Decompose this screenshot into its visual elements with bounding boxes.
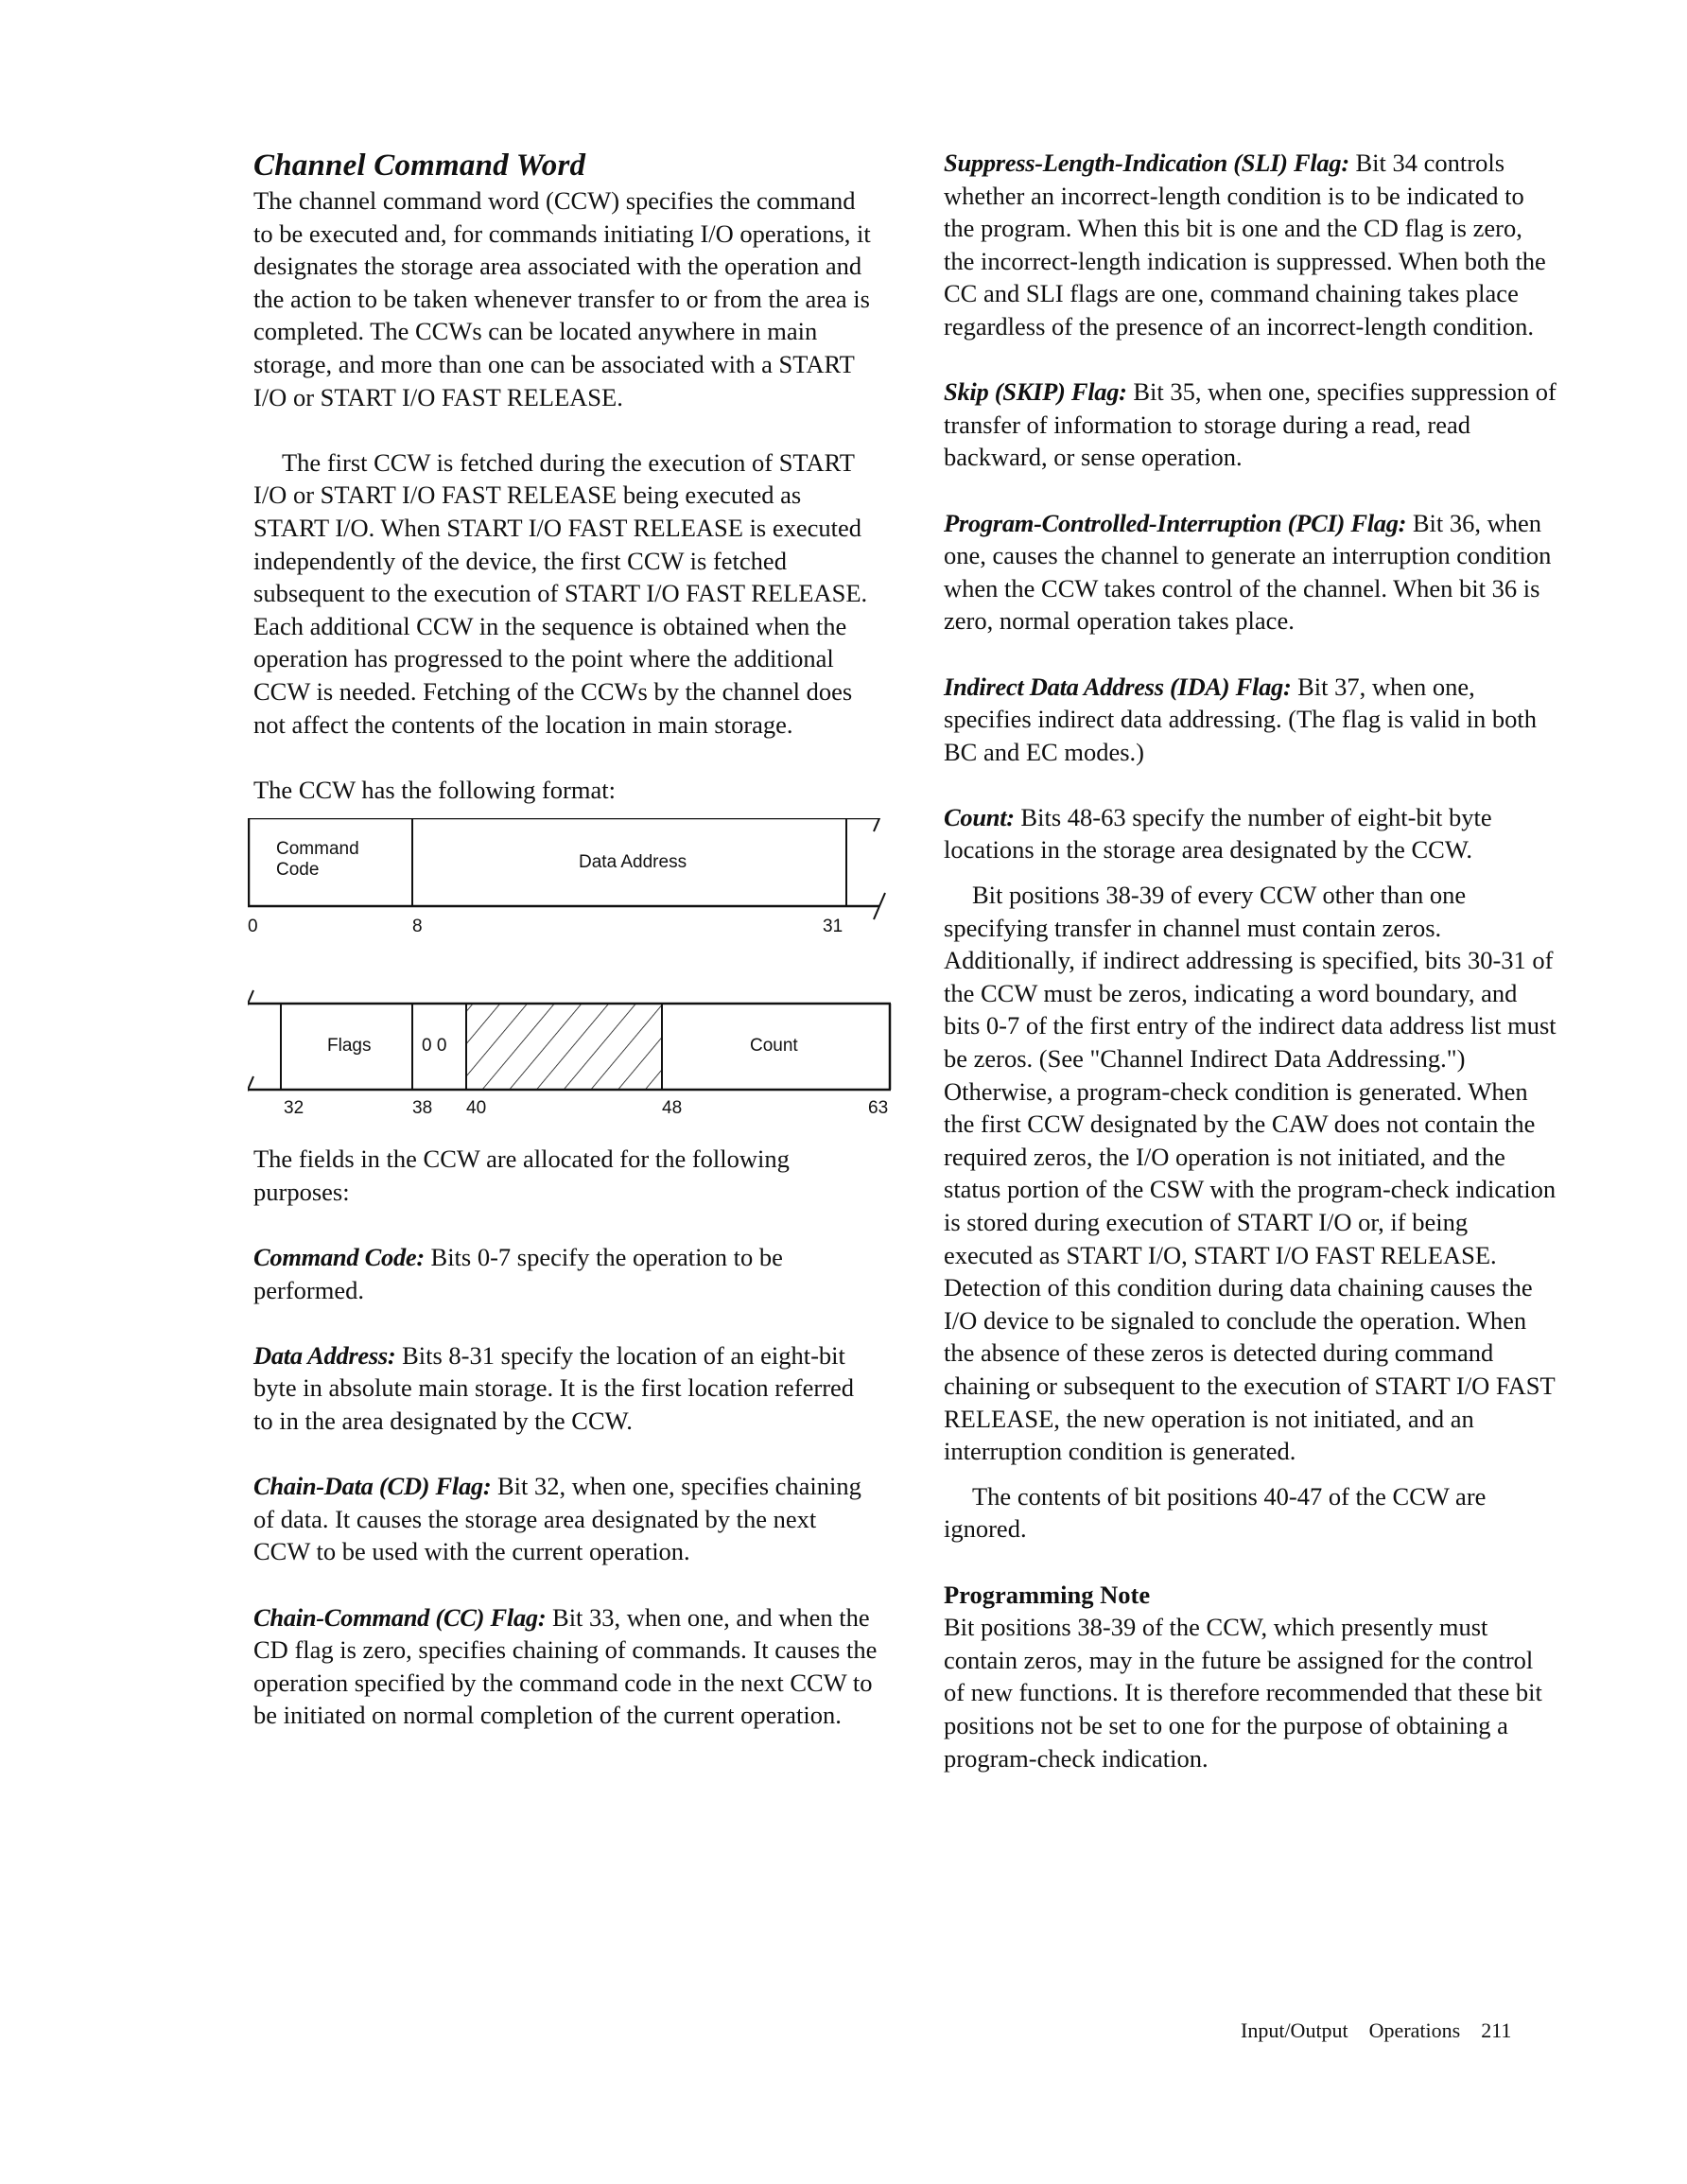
- field-term: Command Code:: [253, 1243, 425, 1271]
- field-term: Suppress-Length-Indication (SLI) Flag:: [944, 149, 1349, 177]
- bit-label-38: 38: [412, 1098, 432, 1119]
- field-pci-flag: Program-Controlled-Interruption (PCI) Fl…: [944, 507, 1558, 638]
- field-cd-flag: Chain-Data (CD) Flag: Bit 32, when one, …: [253, 1470, 878, 1568]
- bit-label-40: 40: [466, 1098, 486, 1119]
- field-term: Indirect Data Address (IDA) Flag:: [944, 673, 1292, 701]
- zero-bits-label: 0 0: [422, 1036, 446, 1057]
- field-data-address: Data Address: Bits 8-31 specify the loca…: [253, 1339, 878, 1438]
- field-term: Program-Controlled-Interruption (PCI) Fl…: [944, 509, 1406, 537]
- right-column: Suppress-Length-Indication (SLI) Flag: B…: [944, 147, 1558, 1774]
- footer-section: Input/Output: [1241, 2018, 1348, 2042]
- programming-note-heading: Programming Note: [944, 1579, 1558, 1612]
- field-term: Data Address:: [253, 1341, 395, 1370]
- bit-label-63: 63: [868, 1098, 888, 1119]
- field-term: Chain-Command (CC) Flag:: [253, 1603, 546, 1632]
- zeros-rule-paragraph: Bit positions 38-39 of every CCW other t…: [944, 879, 1558, 1468]
- flags-label: Flags: [327, 1036, 371, 1057]
- page-footer: Input/OutputOperations211: [1241, 2018, 1511, 2043]
- field-sli-flag: Suppress-Length-Indication (SLI) Flag: B…: [944, 147, 1558, 343]
- bit-label-31: 31: [823, 917, 843, 937]
- bit-label-8: 8: [412, 917, 423, 937]
- field-term: Count:: [944, 803, 1015, 831]
- field-count: Count: Bits 48-63 specify the number of …: [944, 801, 1558, 866]
- command-code-label: Command Code: [276, 839, 359, 881]
- fetch-paragraph: The first CCW is fetched during the exec…: [253, 446, 878, 741]
- bit-label-32: 32: [284, 1098, 304, 1119]
- count-label: Count: [750, 1036, 798, 1057]
- bit-label-0: 0: [248, 917, 258, 937]
- field-command-code: Command Code: Bits 0-7 specify the opera…: [253, 1241, 878, 1306]
- field-term: Chain-Data (CD) Flag:: [253, 1472, 491, 1500]
- footer-chapter: Operations: [1369, 2018, 1461, 2042]
- bit-label-48: 48: [662, 1098, 682, 1119]
- field-cc-flag: Chain-Command (CC) Flag: Bit 33, when on…: [253, 1601, 878, 1732]
- left-column: Channel Command Word The channel command…: [253, 147, 878, 1732]
- programming-note-text: Bit positions 38-39 of the CCW, which pr…: [944, 1611, 1558, 1774]
- format-intro: The CCW has the following format:: [253, 774, 878, 807]
- page-number: 211: [1481, 2018, 1511, 2042]
- data-address-label: Data Address: [579, 852, 687, 873]
- ccw-format-diagram: Command Code Data Address 0 8 31 Flags 0…: [248, 818, 910, 1130]
- field-ida-flag: Indirect Data Address (IDA) Flag: Bit 37…: [944, 671, 1558, 769]
- section-title: Channel Command Word: [253, 147, 878, 184]
- fields-intro: The fields in the CCW are allocated for …: [253, 1143, 878, 1208]
- field-term: Skip (SKIP) Flag:: [944, 377, 1127, 406]
- intro-paragraph: The channel command word (CCW) specifies…: [253, 184, 878, 413]
- field-skip-flag: Skip (SKIP) Flag: Bit 35, when one, spec…: [944, 376, 1558, 474]
- ignored-bits-paragraph: The contents of bit positions 40-47 of t…: [944, 1480, 1558, 1546]
